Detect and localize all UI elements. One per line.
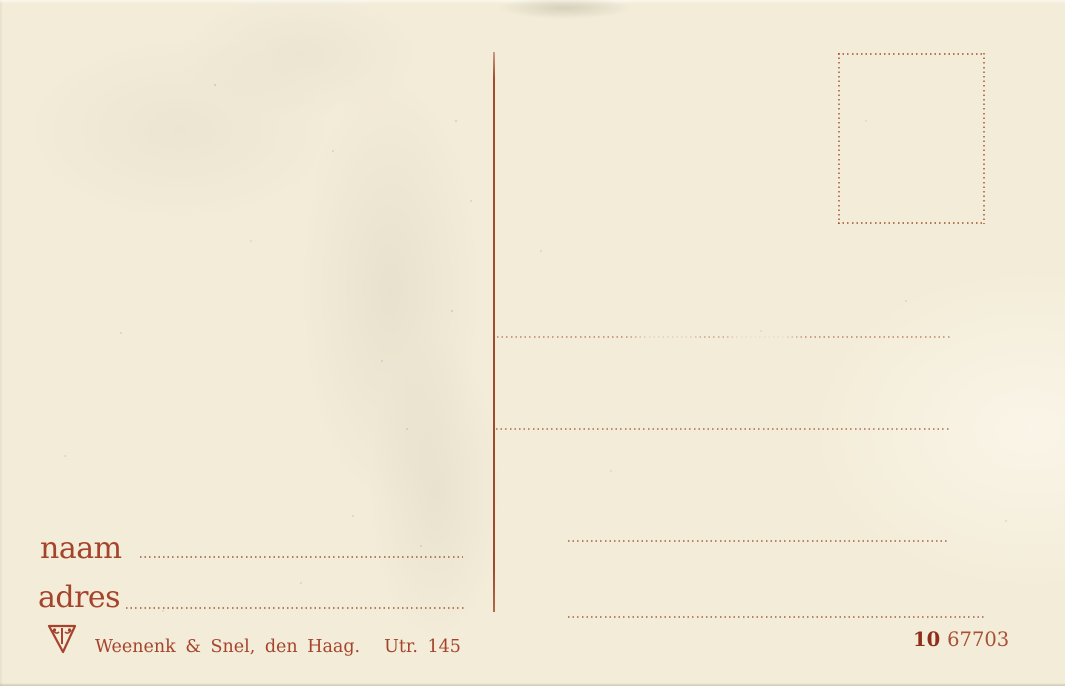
address-field-label: adres — [38, 583, 120, 613]
address-write-line-1 — [497, 336, 952, 338]
address-write-line-3 — [568, 540, 949, 542]
serial-series: 10 — [913, 628, 940, 651]
address-write-line-2 — [496, 428, 951, 430]
stamp-box-border-left — [838, 53, 840, 224]
center-divider-line — [493, 52, 495, 612]
publisher-reference: Utr. 145 — [384, 637, 461, 658]
paper-texture — [0, 0, 2, 2]
postcard-back: naam adres Weenenk & Snel, den Haag. Utr… — [0, 0, 1065, 686]
address-write-line-4 — [568, 616, 986, 618]
name-field-label: naam — [40, 534, 122, 564]
stamp-box-border-top — [838, 53, 985, 55]
publisher-imprint-row: Weenenk & Snel, den Haag. Utr. 145 — [95, 637, 461, 658]
stamp-box-border-right — [983, 53, 985, 224]
address-field-line — [126, 607, 465, 609]
publisher-imprint: Weenenk & Snel, den Haag. — [95, 637, 360, 658]
stamp-box-border-bottom — [838, 222, 985, 224]
serial-digits: 67703 — [947, 628, 1009, 651]
stamp-box — [838, 53, 985, 224]
name-field-line — [140, 556, 463, 558]
weenenk-snel-monogram-icon — [46, 622, 78, 656]
serial-number: 10 67703 — [913, 628, 1009, 651]
